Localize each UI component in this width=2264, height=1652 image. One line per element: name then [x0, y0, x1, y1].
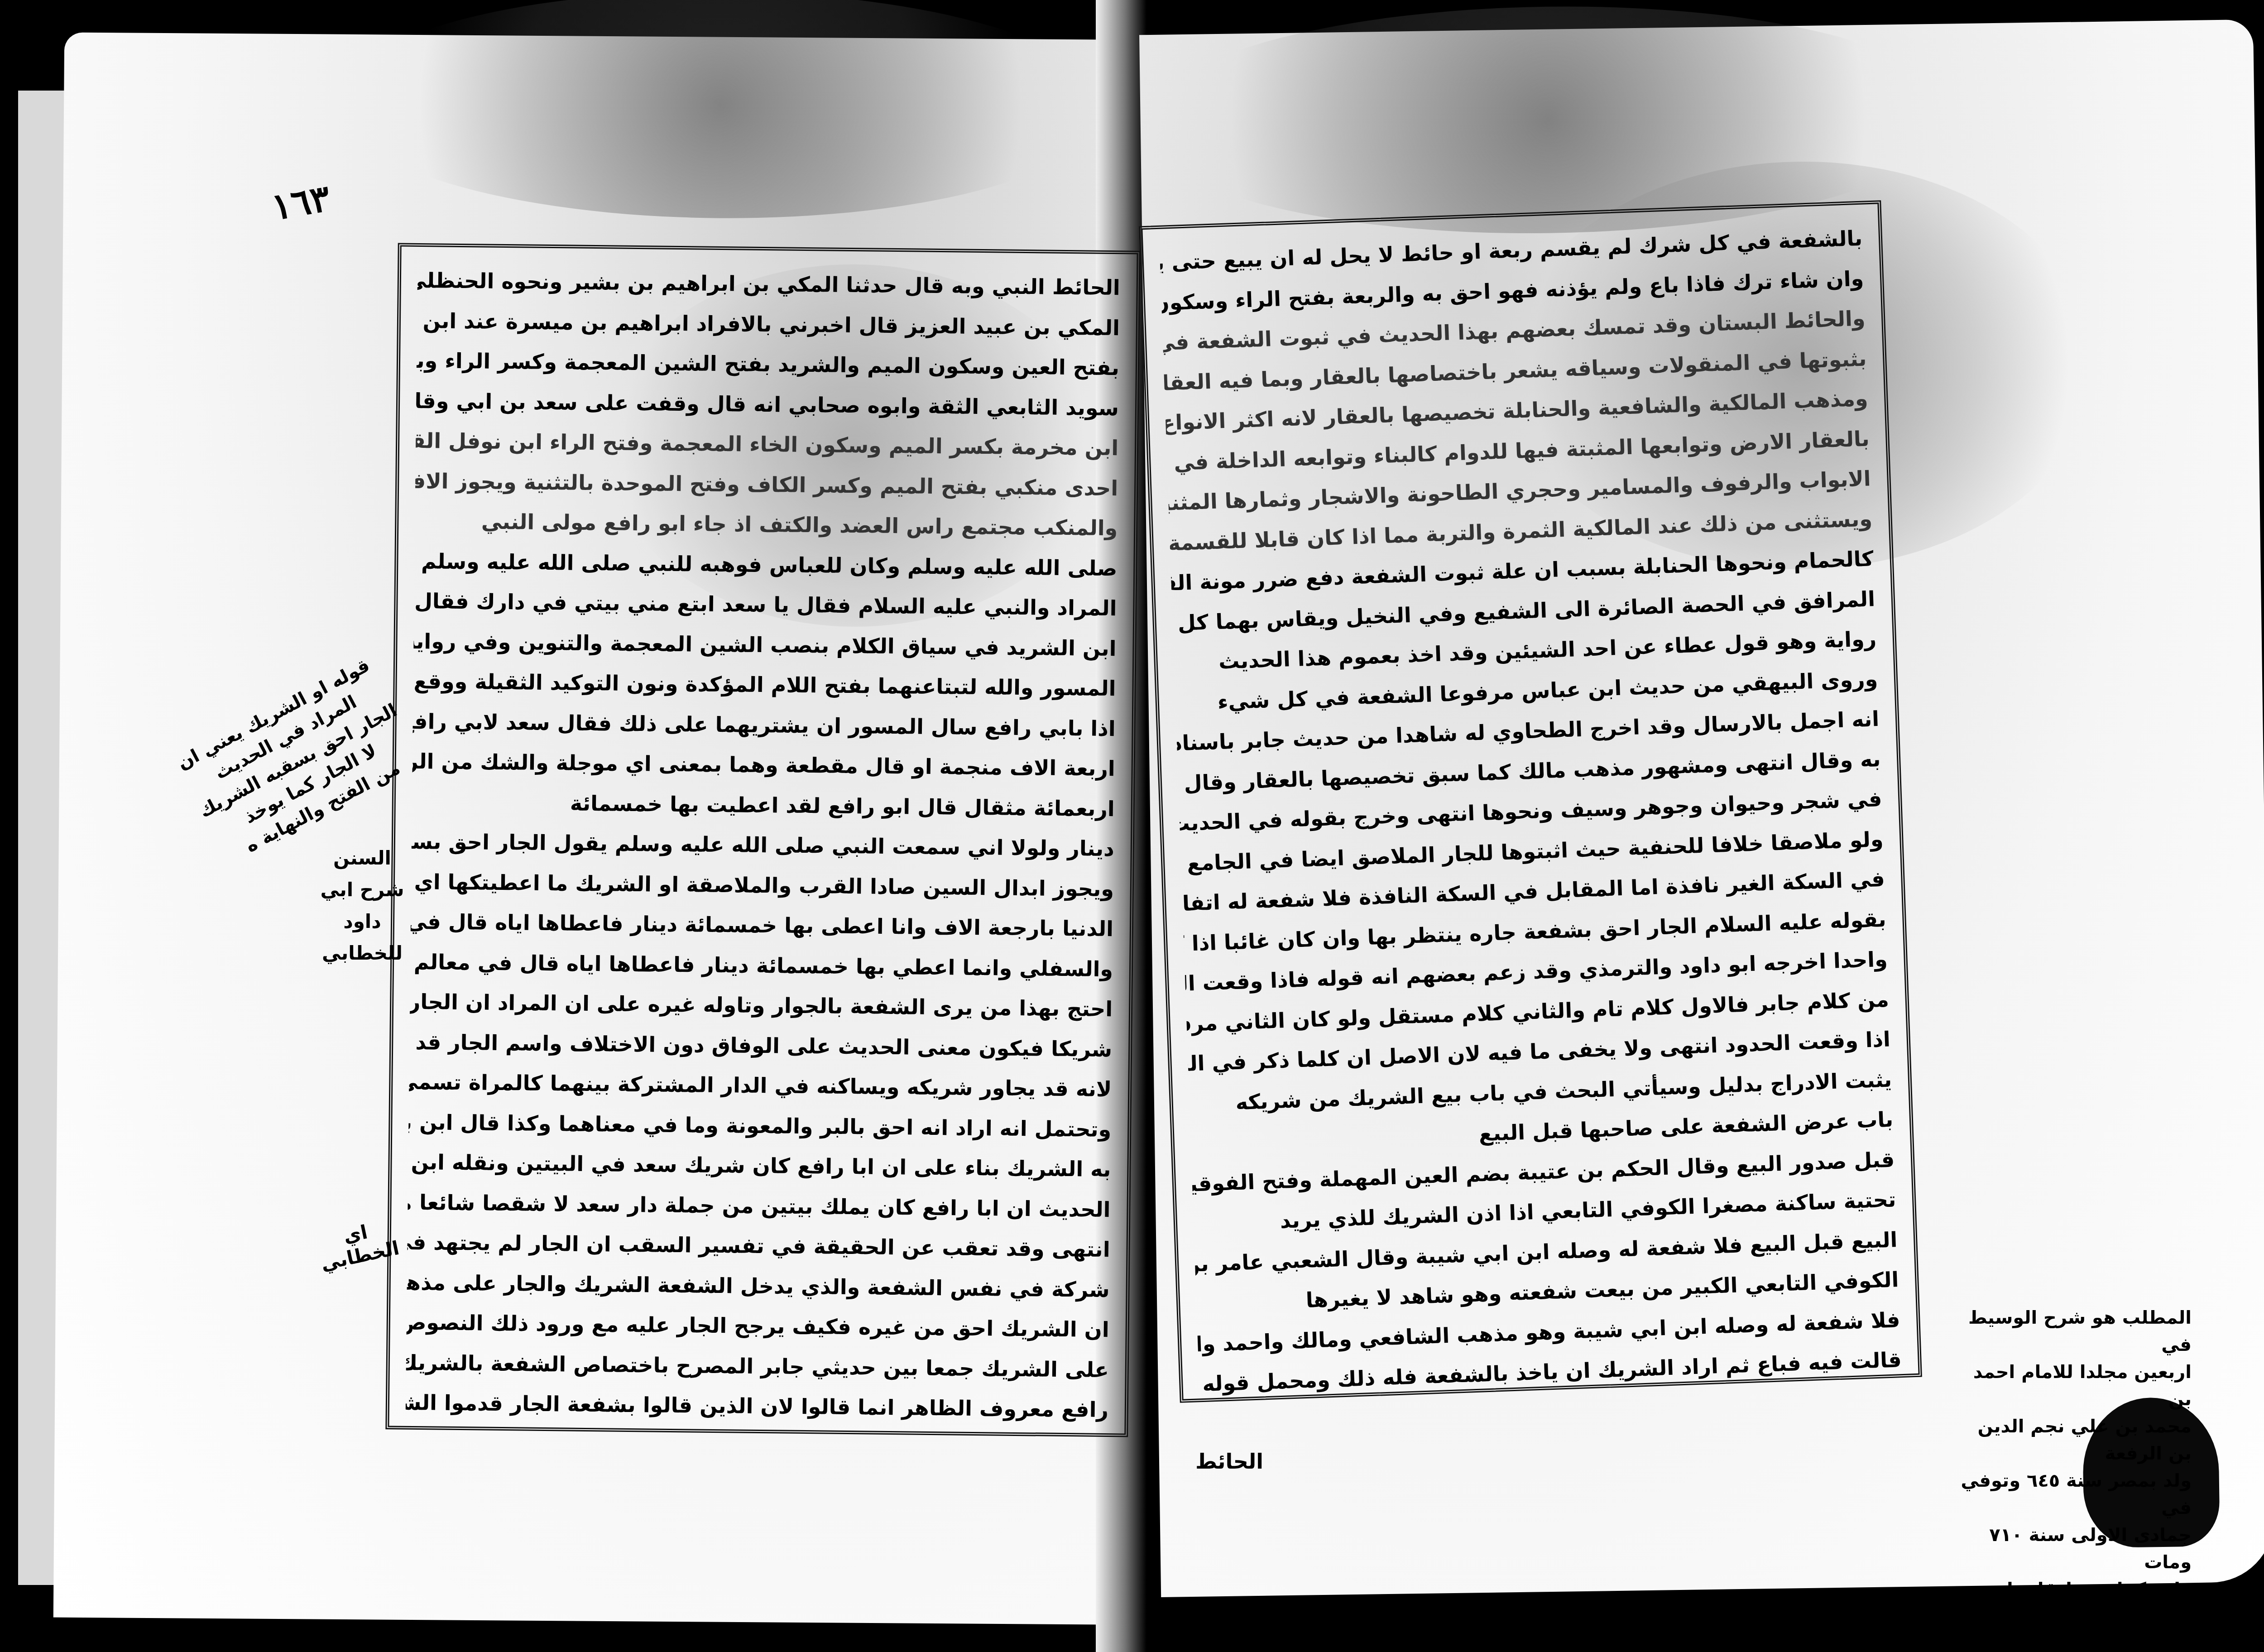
margin-note-sunan: السنن شرح ابي داود للخطابي: [317, 842, 408, 969]
text-line: احدى منكبي بفتح الميم وكسر الكاف وفتح ال…: [415, 461, 1118, 508]
water-stain: [335, 0, 1106, 221]
left-text-block: الحائط النبي وبه قال حدثنا المكي بن ابرا…: [385, 243, 1140, 1437]
text-line: شركة في نفس الشفعة والذي يدخل الشفعة الش…: [407, 1262, 1110, 1310]
text-line: بفتح العين وسكون الميم والشريد بفتح الشي…: [417, 341, 1120, 388]
text-line: اربعة الاف منجمة او قال مقطعة وهما بمعنى…: [412, 741, 1115, 789]
text-line: ان الشريك احق من غيره فكيف يرجح الجار عل…: [406, 1302, 1109, 1350]
manuscript-spread: ١٦٣ الحائط النبي وبه قال حدثنا المكي بن …: [0, 0, 2264, 1652]
margin-note-matlab: المطلب هو شرح الوسيط في اربعين مجلدا للا…: [1956, 1304, 2192, 1630]
text-line: اربعمائة مثقال قال ابو رافع لقد اعطيت به…: [412, 781, 1115, 829]
text-line: وتحتمل انه اراد انه احق بالبر والمعونة و…: [408, 1102, 1112, 1149]
text-line: اذا بابي رافع سال المسور ان يشتريهما على…: [413, 701, 1116, 749]
text-line: انتهى وقد تعقب عن الحقيقة في تفسير السقب…: [407, 1222, 1110, 1270]
text-line: سويد الثابعي الثقة وابوه صحابي انه قال و…: [416, 380, 1119, 428]
text-line: الحائط النبي وبه قال حدثنا المكي بن ابرا…: [417, 260, 1120, 308]
text-line: الحديث ان ابا رافع كان يملك بيتين من جمل…: [408, 1182, 1111, 1229]
text-line: به الشريك بناء على ان ابا رافع كان شريك …: [408, 1142, 1111, 1190]
text-line: الدنيا بارجعة الاف وانا اعطى بها خمسمائة…: [411, 902, 1114, 949]
text-line: ابن الشريد في سياق الكلام بنصب الشين الم…: [413, 621, 1117, 668]
text-line: دينار ولولا اني سمعت النبي صلى الله عليه…: [411, 821, 1114, 869]
text-line: رافع معروف الظاهر انما قالوا لان الذين ق…: [405, 1383, 1108, 1430]
text-line: المكي بن عبيد العزيز قال اخبرني بالافراد…: [417, 300, 1120, 348]
text-line: احتج بهذا من يرى الشفعة بالجوار وتاوله غ…: [410, 982, 1113, 1029]
catchword: الحائط: [1195, 1449, 1263, 1474]
text-line: ابن مخرمة بكسر الميم وسكون الخاء المعجمة…: [416, 421, 1119, 468]
right-text-block: بالشفعة في كل شرك لم يقسم ربعة او حائط ل…: [1139, 200, 1922, 1403]
text-line: المراد والنبي عليه السلام فقال يا سعد اب…: [414, 581, 1117, 629]
text-line: والمنكب مجتمع راس العضد والكتف اذ جاء اب…: [415, 501, 1118, 548]
text-line: شريكا فيكون معنى الحديث على الوفاق دون ا…: [409, 1022, 1113, 1069]
text-line: المسور والله لتبتاعنهما بفتح اللام المؤك…: [413, 661, 1116, 709]
text-line: والسفلي وانما اعطي بها خمسمائة دينار فاع…: [410, 941, 1113, 989]
text-line: لانه قد يجاور شريكه ويساكنه في الدار الم…: [409, 1062, 1112, 1109]
text-line: على الشريك جمعا بين حديثي جابر المصرح با…: [406, 1342, 1109, 1390]
text-line: ويجوز ابدال السين صادا القرب والملاصقة ا…: [411, 861, 1114, 909]
text-line: صلى الله عليه وسلم وكان للعباس فوهبه للن…: [414, 541, 1118, 588]
